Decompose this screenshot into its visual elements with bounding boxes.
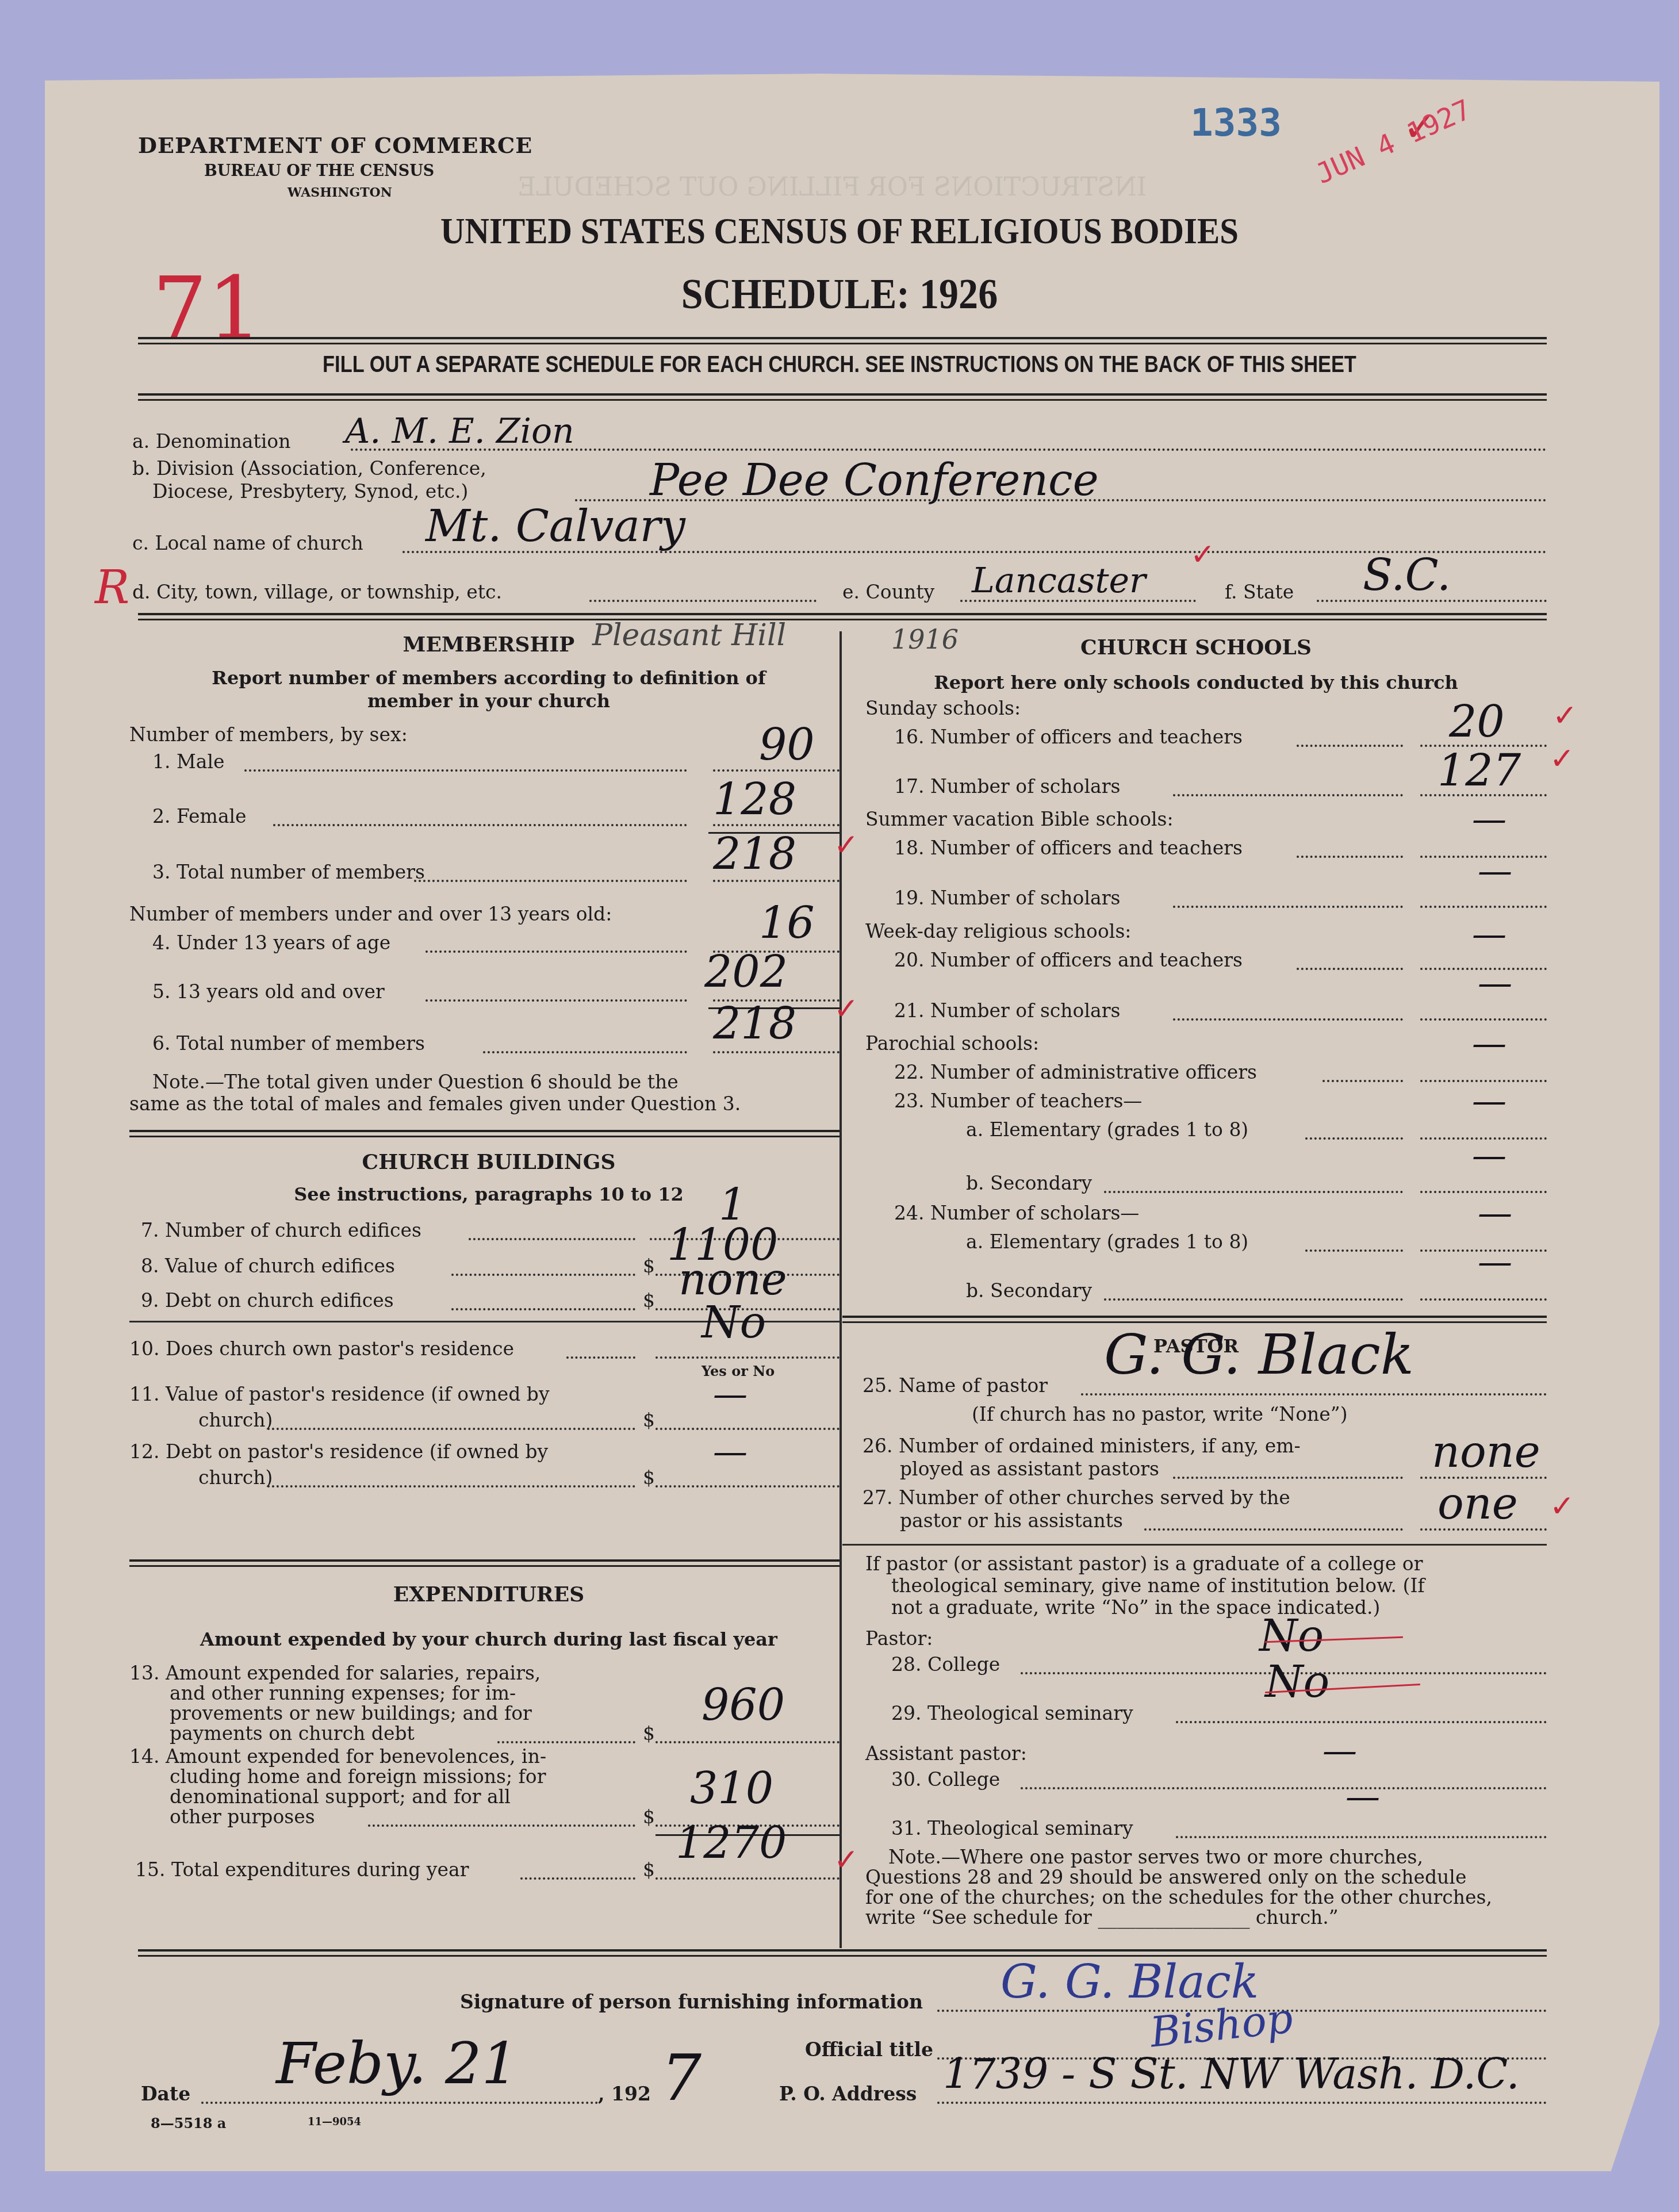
leader-dots <box>1297 745 1403 747</box>
building-row-label: 10. Does church own pastor's residence <box>129 1337 514 1360</box>
leader-dots <box>414 880 687 882</box>
leader-dots <box>273 824 687 826</box>
leader-dots <box>1297 968 1403 970</box>
parochial-elem-scholars-field[interactable]: — <box>1478 1193 1512 1233</box>
print-number: 11—9054 <box>308 2116 361 2128</box>
leader-dots <box>244 769 687 772</box>
answer-line <box>655 1356 839 1359</box>
division-field[interactable]: Pee Dee Conference <box>650 454 1099 505</box>
pastor-note-1: Note.—Where one pastor serves two or mor… <box>888 1846 1423 1868</box>
assistant-subheading: Assistant pastor: <box>865 1742 1027 1765</box>
leader-dots <box>1104 1191 1403 1193</box>
q26-line-2: ployed as assistant pastors <box>900 1458 1159 1480</box>
summer-teachers-field[interactable]: — <box>1472 799 1506 839</box>
instruction-banner: FILL OUT A SEPARATE SCHEDULE FOR EACH CH… <box>231 352 1448 378</box>
leader-dots <box>1322 1080 1403 1082</box>
summer-schools-label: Summer vacation Bible schools: <box>865 808 1174 830</box>
parochial-sec-teachers-field[interactable]: — <box>1472 1136 1506 1176</box>
building-row-label-cont: church) <box>198 1409 273 1431</box>
assistant-seminary-field[interactable]: — <box>1345 1777 1380 1817</box>
form-title: UNITED STATES CENSUS OF RELIGIOUS BODIES <box>67 210 1612 252</box>
red-check-icon: ✓ <box>1190 538 1216 572</box>
bureau-name: BUREAU OF THE CENSUS <box>204 162 434 180</box>
membership-annotation: Pleasant Hill <box>592 618 786 653</box>
college-label: 28. College <box>891 1653 1000 1676</box>
identification-rule <box>138 613 1547 620</box>
leader-dots <box>520 1877 635 1880</box>
leader-dots <box>1173 794 1403 796</box>
form-number: 8—5518 a <box>151 2115 226 2132</box>
leader-dots <box>1173 906 1403 908</box>
school-row-label: 22. Number of administrative officers <box>894 1061 1257 1083</box>
membership-rule <box>129 1130 839 1137</box>
building-row-label: 9. Debt on church edifices <box>141 1289 394 1312</box>
answer-line <box>713 880 839 882</box>
red-check-icon: ✓ <box>1550 742 1575 776</box>
owns-residence-field[interactable]: No <box>701 1297 766 1348</box>
by-age-label: Number of members under and over 13 year… <box>129 903 612 925</box>
denomination-label: a. Denomination <box>132 430 290 453</box>
school-row-label: a. Elementary (grades 1 to 8) <box>966 1230 1248 1253</box>
address-line <box>937 2102 1547 2104</box>
leader-dots <box>1104 1298 1403 1301</box>
red-check-icon: ✓ <box>1552 699 1578 733</box>
membership-subtitle-1: Report number of members according to de… <box>138 667 839 689</box>
red-check-icon: ✓ <box>834 992 859 1026</box>
parochial-officers-field[interactable]: — <box>1472 1023 1506 1064</box>
dollar-sign: $ <box>643 1805 655 1828</box>
seminary-line <box>1176 1836 1547 1838</box>
answer-line <box>655 1485 839 1488</box>
leader-dots <box>1297 856 1403 858</box>
leader-dots <box>425 999 687 1002</box>
local-name-field[interactable]: Mt. Calvary <box>425 500 685 551</box>
other-churches-field[interactable]: one <box>1437 1478 1518 1529</box>
address-label: P. O. Address <box>779 2083 917 2105</box>
pastor-note-4: write “See schedule for ________________… <box>865 1906 1339 1929</box>
dollar-sign: $ <box>643 1255 655 1277</box>
dollar-sign: $ <box>643 1858 655 1881</box>
leader-dots <box>483 1051 687 1053</box>
expenditures-title: EXPENDITURES <box>138 1582 839 1607</box>
date-line <box>201 2102 598 2104</box>
year-field[interactable]: 7 <box>661 2041 701 2115</box>
pastor-name-label: 25. Name of pastor <box>862 1374 1048 1397</box>
summer-scholars-field[interactable]: — <box>1478 851 1512 891</box>
leader-dots <box>1144 1528 1403 1531</box>
member-row-label: 6. Total number of members <box>152 1032 425 1055</box>
school-row-label: 20. Number of officers and teachers <box>894 949 1243 971</box>
church-schools-subtitle: Report here only schools conducted by th… <box>845 672 1547 693</box>
year-prefix: , 192 <box>598 2083 651 2105</box>
building-row-label: 7. Number of church edifices <box>141 1219 421 1241</box>
dollar-sign: $ <box>643 1289 655 1312</box>
membership-note-1: Note.—The total given under Question 6 s… <box>152 1071 678 1093</box>
member-row-label: 3. Total number of members <box>152 861 425 883</box>
q27-line-1: 27. Number of other churches served by t… <box>862 1486 1290 1509</box>
total-expenditures-field[interactable]: 1270 <box>676 1817 787 1868</box>
male-count-field[interactable]: 90 <box>759 719 815 770</box>
leader-dots <box>267 1428 635 1430</box>
residence-value-field[interactable]: — <box>713 1374 747 1414</box>
bleed-through-text: INSTRUCTIONS FOR FILLING OUT SCHEDULE <box>517 172 1147 202</box>
leader-dots <box>368 1824 635 1827</box>
leader-dots <box>1305 1137 1403 1140</box>
state-label: f. State <box>1225 581 1294 603</box>
control-number-stamp: 1333 <box>1190 101 1282 145</box>
red-check-icon: ✓ <box>1550 1489 1575 1524</box>
over-13-field[interactable]: 202 <box>704 946 788 997</box>
school-row-label: 16. Number of officers and teachers <box>894 726 1243 748</box>
weekday-teachers-field[interactable]: — <box>1472 914 1506 954</box>
leader-dots <box>1305 1249 1403 1252</box>
sunday-scholars-field[interactable]: 127 <box>1437 745 1521 796</box>
denomination-field[interactable]: A. M. E. Zion <box>345 411 574 451</box>
graduate-note-1: If pastor (or assistant pastor) is a gra… <box>865 1552 1423 1575</box>
footer-rule <box>138 1949 1547 1957</box>
assistant-college-field[interactable]: — <box>1322 1731 1357 1771</box>
pastor-divider <box>842 1544 1547 1546</box>
college-label: 30. College <box>891 1768 1000 1791</box>
member-row-label: 5. 13 years old and over <box>152 980 385 1003</box>
pastor-college-field[interactable]: No <box>1259 1610 1324 1661</box>
by-sex-label: Number of members, by sex: <box>129 723 408 746</box>
residence-debt-field[interactable]: — <box>713 1432 747 1472</box>
building-row-label: 12. Debt on pastor's residence (if owned… <box>129 1440 548 1463</box>
answer-line <box>655 1877 839 1880</box>
weekday-schools-label: Week-day religious schools: <box>865 920 1131 942</box>
school-row-label: 24. Number of scholars— <box>894 1202 1139 1224</box>
schedule-title: SCHEDULE: 1926 <box>67 270 1612 319</box>
parochial-elem-teachers-field[interactable]: — <box>1472 1081 1506 1121</box>
q14-line: other purposes <box>170 1805 315 1828</box>
q14-line: 14. Amount expended for benevolences, in… <box>129 1745 546 1768</box>
margin-letter-r: R <box>95 561 129 614</box>
dollar-sign: $ <box>643 1466 655 1489</box>
answer-line <box>713 1051 839 1053</box>
female-count-field[interactable]: 128 <box>713 773 796 825</box>
date-label: Date <box>141 2083 190 2105</box>
pastor-seminary-field[interactable]: No <box>1265 1656 1329 1707</box>
date-field[interactable]: Feby. 21 <box>276 2030 518 2097</box>
q26-line-1: 26. Number of ordained ministers, if any… <box>862 1435 1301 1457</box>
running-expenses-field[interactable]: 960 <box>701 1679 785 1730</box>
state-field[interactable]: S.C. <box>1363 549 1451 600</box>
leader-dots <box>451 1308 635 1310</box>
pastor-note-3: for one of the churches; on the schedule… <box>865 1886 1492 1908</box>
leader-dots <box>566 1356 635 1359</box>
school-row-label: b. Secondary <box>966 1279 1092 1302</box>
answer-line <box>1420 906 1547 908</box>
parochial-schools-label: Parochial schools: <box>865 1032 1039 1055</box>
header-rule <box>138 337 1547 344</box>
answer-line <box>655 1741 839 1743</box>
school-row-label: 17. Number of scholars <box>894 775 1120 798</box>
member-row-label: 1. Male <box>152 750 225 773</box>
county-field[interactable]: Lancaster <box>972 561 1146 601</box>
bureau-city: WASHINGTON <box>287 185 392 200</box>
red-check-icon: ✓ <box>834 1843 859 1877</box>
member-row-label: 4. Under 13 years of age <box>152 931 390 954</box>
benevolences-field[interactable]: 310 <box>690 1762 773 1814</box>
school-row-label: 19. Number of scholars <box>894 887 1120 909</box>
pastor-name-field[interactable]: G. G. Black <box>1104 1322 1414 1387</box>
building-row-label-cont: church) <box>198 1466 273 1489</box>
q15-label: 15. Total expenditures during year <box>135 1858 469 1881</box>
signature-label: Signature of person furnishing informati… <box>460 1991 923 2013</box>
weekday-scholars-field[interactable]: — <box>1478 963 1512 1003</box>
division-label-2: Diocese, Presbytery, Synod, etc.) <box>152 480 468 503</box>
city-label: d. City, town, village, or township, etc… <box>132 581 502 603</box>
leader-dots <box>1173 1018 1403 1021</box>
school-row-label: 21. Number of scholars <box>894 999 1120 1022</box>
sunday-teachers-field[interactable]: 20 <box>1449 696 1505 747</box>
answer-line <box>1420 1298 1547 1301</box>
leader-dots <box>469 1238 635 1240</box>
school-row-label: b. Secondary <box>966 1172 1092 1194</box>
department-name: DEPARTMENT OF COMMERCE <box>138 132 532 158</box>
total-members-field[interactable]: 218 <box>713 828 796 879</box>
address-field[interactable]: 1739 - S St. NW Wash. D.C. <box>943 2050 1520 2098</box>
assistant-ministers-field[interactable]: none <box>1432 1426 1540 1477</box>
leader-dots <box>497 1741 635 1743</box>
pastor-subheading: Pastor: <box>865 1627 933 1650</box>
membership-subtitle-2: member in your church <box>138 690 839 712</box>
dollar-sign: $ <box>643 1722 655 1745</box>
official-title-label: Official title <box>805 2038 933 2061</box>
q13-line: payments on church debt <box>170 1722 415 1745</box>
q14-line: denominational support; and for all <box>170 1785 511 1808</box>
seminary-label: 31. Theological seminary <box>891 1817 1133 1839</box>
pastor-name-line <box>1081 1393 1547 1396</box>
graduate-note-2: theological seminary, give name of insti… <box>891 1574 1425 1597</box>
member-row-label: 2. Female <box>152 805 247 827</box>
pastor-name-hint: (If church has no pastor, write “None”) <box>972 1403 1348 1425</box>
instruction-rule <box>138 393 1547 401</box>
q27-line-2: pastor or his assistants <box>900 1509 1123 1532</box>
building-row-label: 8. Value of church edifices <box>141 1255 395 1277</box>
leader-dots <box>267 1485 635 1488</box>
leader-dots <box>451 1274 635 1276</box>
seminary-label: 29. Theological seminary <box>891 1702 1133 1724</box>
leader-dots <box>425 950 687 953</box>
answer-line <box>655 1428 839 1430</box>
school-row-label: 18. Number of officers and teachers <box>894 837 1243 859</box>
church-buildings-title: CHURCH BUILDINGS <box>138 1150 839 1174</box>
county-label: e. County <box>842 581 934 603</box>
local-name-label: c. Local name of church <box>132 532 363 554</box>
dollar-sign: $ <box>643 1409 655 1431</box>
q13-line: and other running expenses; for im- <box>170 1682 516 1704</box>
q13-line: 13. Amount expended for salaries, repair… <box>129 1662 540 1684</box>
city-line <box>589 600 816 602</box>
parochial-sec-scholars-field[interactable]: — <box>1478 1242 1512 1282</box>
school-row-label: 23. Number of teachers— <box>894 1090 1142 1112</box>
division-label-1: b. Division (Association, Conference, <box>132 457 486 480</box>
seminary-line <box>1176 1721 1547 1723</box>
expenditures-subtitle: Amount expended by your church during la… <box>138 1628 839 1650</box>
school-row-label: a. Elementary (grades 1 to 8) <box>966 1118 1248 1141</box>
building-row-label: 11. Value of pastor's residence (if owne… <box>129 1383 550 1405</box>
q14-line: cluding home and foreign missions; for <box>170 1765 546 1788</box>
under-13-field[interactable]: 16 <box>759 897 815 948</box>
q13-line: provements or new buildings; and for <box>170 1702 532 1724</box>
church-schools-title: CHURCH SCHOOLS <box>845 635 1547 660</box>
pastor-note-2: Questions 28 and 29 should be answered o… <box>865 1866 1466 1888</box>
total-members-check-field[interactable]: 218 <box>713 998 796 1049</box>
answer-line <box>1420 1018 1547 1021</box>
buildings-rule <box>129 1559 839 1567</box>
college-line <box>1021 1787 1547 1789</box>
sunday-schools-label: Sunday schools: <box>865 697 1021 719</box>
membership-note-2: same as the total of males and females g… <box>129 1092 741 1115</box>
leader-dots <box>1173 1477 1403 1479</box>
red-check-icon: ✓ <box>834 828 859 862</box>
